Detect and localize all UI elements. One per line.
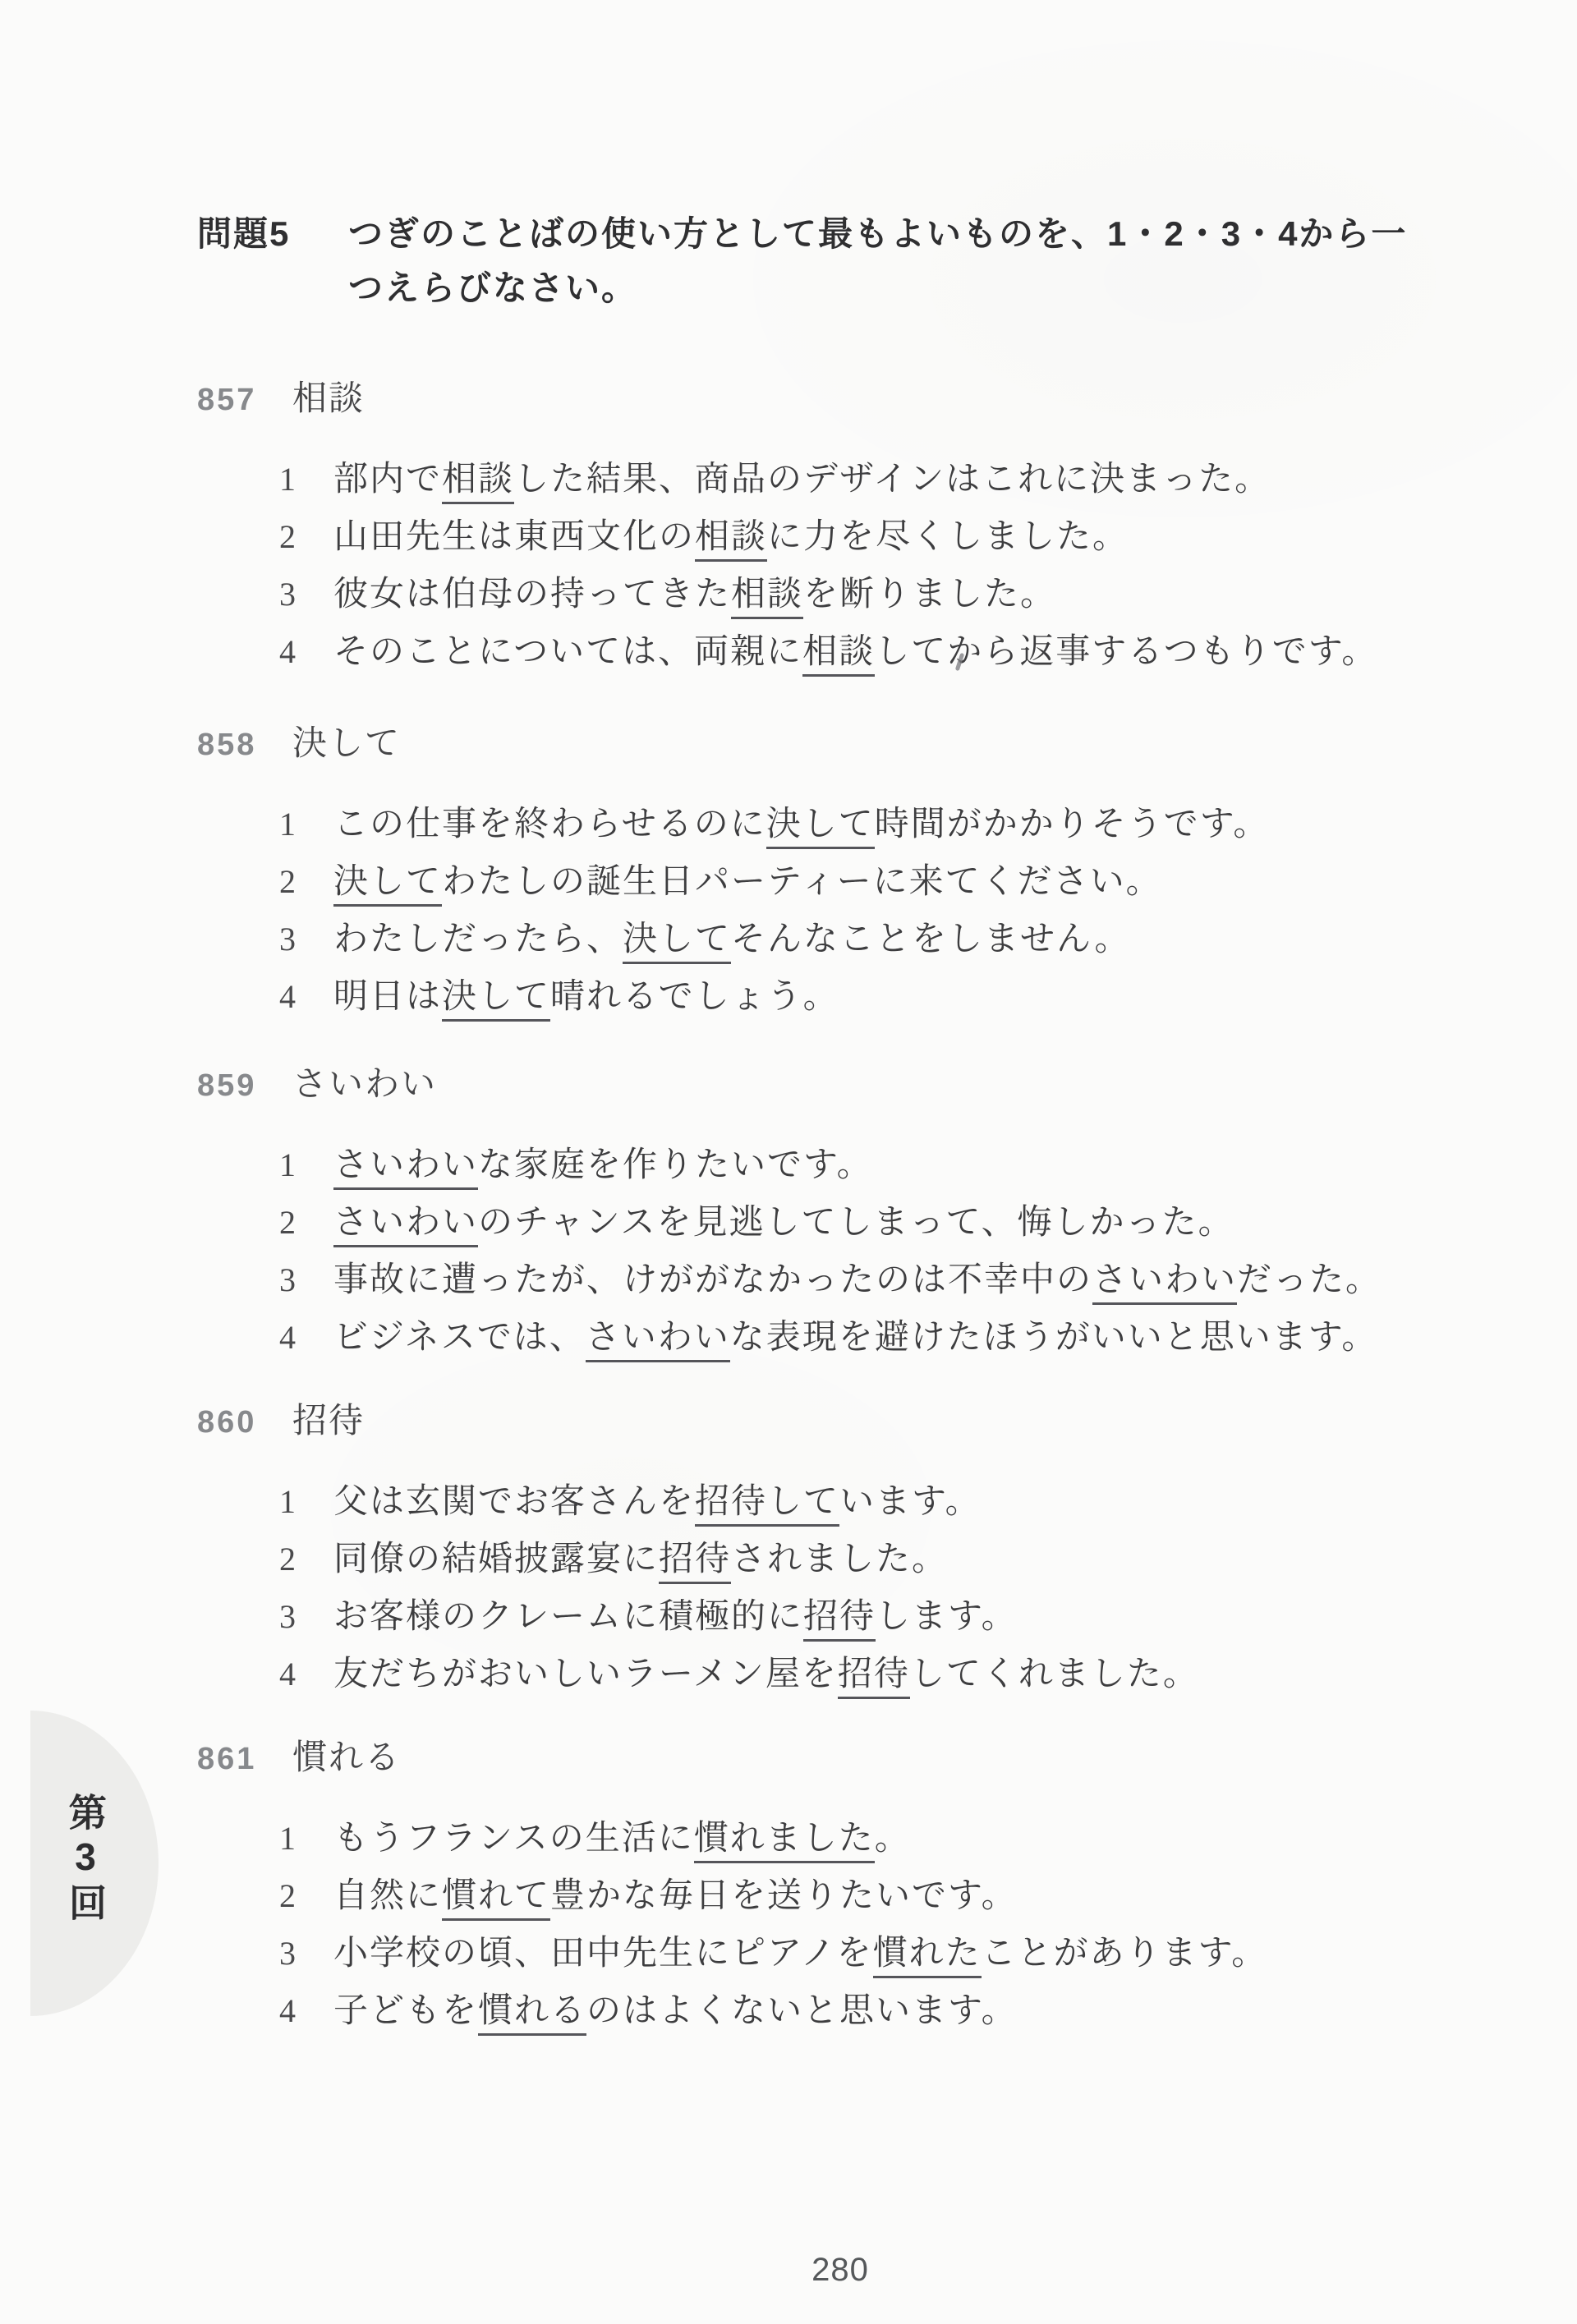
option-pre-text: ビジネスでは、	[333, 1319, 586, 1357]
options-list: 1 さいわいな家庭を作りたいです。 2 さいわいのチャンスを見逃してしまって、悔…	[279, 1137, 1528, 1366]
question-number: 860	[197, 1402, 292, 1443]
option-text: ビジネスでは、さいわいな表現を避けたほうがいいと思います。	[333, 1309, 1377, 1366]
side-tab: 第3回	[30, 1711, 159, 2016]
underlined-word: 慣れた	[873, 1935, 982, 1978]
question-block-861: 861 慣れる 1 もうフランスの生活に慣れました。 2 自然に慣れて豊かな毎日…	[197, 1738, 1528, 2040]
underlined-word: さいわい	[586, 1319, 730, 1362]
question-word: 慣れる	[292, 1738, 401, 1779]
option-text: わたしだったら、決してそんなことをしません。	[333, 911, 1131, 968]
option-text: 山田先生は東西文化の相談に力を尽くしました。	[333, 508, 1129, 566]
underlined-word: 決して	[766, 806, 875, 849]
underlined-word: 招待して	[695, 1483, 839, 1527]
option-number: 3	[279, 1588, 333, 1646]
option-text: そのことについては、両親に相談してから返事するつもりです。	[333, 623, 1377, 681]
option-pre-text: 山田先生は東西文化の	[333, 518, 695, 556]
option-post-text: した結果、商品のデザインはこれに決まった。	[514, 461, 1271, 498]
option-pre-text: 子どもを	[333, 1992, 478, 2030]
option-post-text: だった。	[1237, 1261, 1382, 1299]
option-text: お客様のクレームに積極的に招待します。	[333, 1588, 1018, 1646]
option-number: 4	[279, 1646, 333, 1703]
question-block-859: 859 さいわい 1 さいわいな家庭を作りたいです。 2 さいわいのチャンスを見…	[197, 1064, 1528, 1366]
underlined-word: 決して	[442, 978, 550, 1022]
question-header: 858 決して	[197, 723, 1528, 765]
question-block-857: 857 相談 1 部内で相談した結果、商品のデザインはこれに決まった。 2 山田…	[197, 379, 1528, 681]
instruction-line-2: つえらびなさい。	[348, 261, 1407, 315]
question-header: 857 相談	[197, 379, 1528, 420]
question-word: 決して	[292, 723, 401, 765]
option-post-text: のチャンスを見逃してしまって、悔しかった。	[478, 1204, 1234, 1242]
option-number: 3	[279, 911, 333, 968]
option-row: 2 さいわいのチャンスを見逃してしまって、悔しかった。	[279, 1194, 1528, 1252]
option-row: 1 この仕事を終わらせるのに決して時間がかかりそうです。	[279, 796, 1528, 853]
option-number: 3	[279, 1252, 333, 1309]
underlined-word: 慣れる	[478, 1992, 586, 2036]
option-row: 2 自然に慣れて豊かな毎日を送りたいです。	[279, 1867, 1528, 1925]
option-post-text: 豊かな毎日を送りたいです。	[550, 1877, 1018, 1915]
option-pre-text: もうフランスの生活に	[333, 1820, 694, 1858]
question-number: 861	[197, 1738, 292, 1780]
option-number: 1	[279, 1137, 333, 1194]
question-block-858: 858 決して 1 この仕事を終わらせるのに決して時間がかかりそうです。 2 決…	[197, 723, 1528, 1026]
question-number: 858	[197, 724, 292, 765]
option-post-text: 晴れるでしょう。	[550, 978, 839, 1016]
options-list: 1 もうフランスの生活に慣れました。 2 自然に慣れて豊かな毎日を送りたいです。…	[279, 1810, 1528, 2040]
option-pre-text: 事故に遭ったが、けががなかったのは不幸中の	[333, 1261, 1092, 1299]
option-text: 友だちがおいしいラーメン屋を招待してくれました。	[333, 1646, 1199, 1703]
option-text: 同僚の結婚披露宴に招待されました。	[333, 1531, 948, 1588]
option-number: 3	[279, 566, 333, 623]
option-number: 2	[279, 1531, 333, 1588]
option-text: 小学校の頃、田中先生にピアノを慣れたことがあります。	[333, 1925, 1267, 1982]
option-number: 4	[279, 968, 333, 1026]
question-number: 859	[197, 1065, 292, 1106]
book-page: 問題5 つぎのことばの使い方として最もよいものを、1・2・3・4から一 つえらび…	[0, 0, 1577, 2324]
option-pre-text: 小学校の頃、田中先生にピアノを	[333, 1935, 873, 1973]
option-row: 4 そのことについては、両親に相談してから返事するつもりです。	[279, 623, 1528, 681]
option-text: もうフランスの生活に慣れました。	[333, 1810, 911, 1867]
problem-label: 問題5	[197, 207, 348, 261]
option-number: 2	[279, 1867, 333, 1925]
option-number: 1	[279, 451, 333, 508]
option-post-text: な家庭を作りたいです。	[478, 1146, 873, 1184]
option-post-text: ことがあります。	[982, 1935, 1268, 1973]
option-pre-text: 彼女は伯母の持ってきた	[333, 576, 731, 613]
question-number: 857	[197, 379, 292, 420]
option-text: 事故に遭ったが、けががなかったのは不幸中のさいわいだった。	[333, 1252, 1382, 1309]
option-post-text: のはよくないと思います。	[586, 1992, 1018, 2030]
page-number: 280	[791, 2252, 890, 2289]
option-number: 2	[279, 1194, 333, 1252]
option-post-text: してくれました。	[910, 1656, 1199, 1693]
option-pre-text: 同僚の結婚披露宴に	[333, 1541, 659, 1578]
option-post-text: わたしの誕生日パーティーに来てください。	[442, 863, 1162, 901]
option-row: 3 お客様のクレームに積極的に招待します。	[279, 1588, 1528, 1646]
option-row: 1 父は玄関でお客さんを招待しています。	[279, 1473, 1528, 1531]
option-post-text: してから返事するつもりです。	[875, 633, 1377, 671]
option-text: さいわいのチャンスを見逃してしまって、悔しかった。	[333, 1194, 1234, 1252]
options-list: 1 部内で相談した結果、商品のデザインはこれに決まった。 2 山田先生は東西文化…	[279, 451, 1528, 681]
underlined-word: 相談	[695, 518, 767, 562]
option-pre-text: この仕事を終わらせるのに	[333, 806, 766, 843]
option-text: この仕事を終わらせるのに決して時間がかかりそうです。	[333, 796, 1269, 853]
option-post-text: されました。	[731, 1541, 948, 1578]
option-pre-text: わたしだったら、	[333, 921, 623, 958]
option-number: 1	[279, 1810, 333, 1867]
underlined-word: 決して	[333, 863, 442, 907]
option-text: 自然に慣れて豊かな毎日を送りたいです。	[333, 1867, 1018, 1925]
underlined-word: 慣れて	[442, 1877, 550, 1921]
option-row: 3 彼女は伯母の持ってきた相談を断りました。	[279, 566, 1528, 623]
underlined-word: さいわい	[333, 1146, 478, 1190]
option-pre-text: お客様のクレームに積極的に	[333, 1598, 803, 1636]
problem-header: 問題5 つぎのことばの使い方として最もよいものを、1・2・3・4から一 つえらび…	[197, 207, 1511, 315]
underlined-word: 招待	[838, 1656, 910, 1699]
underlined-word: 慣れました	[694, 1820, 875, 1863]
question-word: 招待	[292, 1401, 365, 1442]
option-text: 部内で相談した結果、商品のデザインはこれに決まった。	[333, 451, 1271, 508]
option-post-text: な表現を避けたほうがいいと思います。	[730, 1319, 1378, 1357]
underlined-word: 相談	[442, 461, 514, 504]
question-word: 相談	[292, 379, 365, 420]
option-row: 3 事故に遭ったが、けががなかったのは不幸中のさいわいだった。	[279, 1252, 1528, 1309]
option-number: 2	[279, 853, 333, 911]
option-pre-text: 父は玄関でお客さんを	[333, 1483, 695, 1521]
underlined-word: 招待	[659, 1541, 731, 1584]
question-block-860: 860 招待 1 父は玄関でお客さんを招待しています。 2 同僚の結婚披露宴に招…	[197, 1401, 1528, 1703]
option-row: 4 友だちがおいしいラーメン屋を招待してくれました。	[279, 1646, 1528, 1703]
option-text: 決してわたしの誕生日パーティーに来てください。	[333, 853, 1162, 911]
option-row: 2 決してわたしの誕生日パーティーに来てください。	[279, 853, 1528, 911]
option-row: 1 もうフランスの生活に慣れました。	[279, 1810, 1528, 1867]
option-post-text: します。	[876, 1598, 1018, 1636]
underlined-word: 招待	[803, 1598, 876, 1642]
options-list: 1 父は玄関でお客さんを招待しています。 2 同僚の結婚披露宴に招待されました。…	[279, 1473, 1528, 1703]
option-number: 4	[279, 1982, 333, 2040]
underlined-word: 決して	[623, 921, 731, 964]
question-header: 859 さいわい	[197, 1064, 1528, 1105]
underlined-word: 相談	[802, 633, 875, 677]
option-row: 2 同僚の結婚披露宴に招待されました。	[279, 1531, 1528, 1588]
option-row: 2 山田先生は東西文化の相談に力を尽くしました。	[279, 508, 1528, 566]
option-post-text: 時間がかかりそうです。	[875, 806, 1270, 843]
option-number: 4	[279, 1309, 333, 1366]
option-text: 明日は決して晴れるでしょう。	[333, 968, 839, 1026]
option-pre-text: 明日は	[333, 978, 442, 1016]
options-list: 1 この仕事を終わらせるのに決して時間がかかりそうです。 2 決してわたしの誕生…	[279, 796, 1528, 1026]
underlined-word: さいわい	[1092, 1261, 1237, 1305]
option-row: 4 ビジネスでは、さいわいな表現を避けたほうがいいと思います。	[279, 1309, 1528, 1366]
side-tab-label: 第3回	[58, 1793, 113, 1926]
option-row: 1 さいわいな家庭を作りたいです。	[279, 1137, 1528, 1194]
option-number: 1	[279, 1473, 333, 1531]
option-row: 3 わたしだったら、決してそんなことをしません。	[279, 911, 1528, 968]
option-number: 4	[279, 623, 333, 681]
underlined-word: 相談	[731, 576, 803, 619]
option-post-text: 。	[875, 1820, 911, 1858]
option-post-text: そんなことをしません。	[731, 921, 1131, 958]
option-text: さいわいな家庭を作りたいです。	[333, 1137, 873, 1194]
option-pre-text: 自然に	[333, 1877, 442, 1915]
option-number: 2	[279, 508, 333, 566]
option-post-text: を断りました。	[803, 576, 1056, 613]
option-text: 彼女は伯母の持ってきた相談を断りました。	[333, 566, 1056, 623]
option-post-text: います。	[839, 1483, 982, 1521]
option-number: 1	[279, 796, 333, 853]
option-number: 3	[279, 1925, 333, 1982]
option-text: 父は玄関でお客さんを招待しています。	[333, 1473, 982, 1531]
question-header: 860 招待	[197, 1401, 1528, 1442]
option-row: 1 部内で相談した結果、商品のデザインはこれに決まった。	[279, 451, 1528, 508]
option-text: 子どもを慣れるのはよくないと思います。	[333, 1982, 1018, 2040]
option-row: 4 明日は決して晴れるでしょう。	[279, 968, 1528, 1026]
option-row: 3 小学校の頃、田中先生にピアノを慣れたことがあります。	[279, 1925, 1528, 1982]
option-pre-text: 友だちがおいしいラーメン屋を	[333, 1656, 838, 1693]
option-pre-text: そのことについては、両親に	[333, 633, 802, 671]
question-word: さいわい	[292, 1064, 437, 1105]
option-post-text: に力を尽くしました。	[767, 518, 1129, 556]
instruction-line-1: つぎのことばの使い方として最もよいものを、1・2・3・4から一	[348, 207, 1407, 261]
underlined-word: さいわい	[333, 1204, 478, 1247]
option-pre-text: 部内で	[333, 461, 442, 498]
question-header: 861 慣れる	[197, 1738, 1528, 1779]
problem-instruction: つぎのことばの使い方として最もよいものを、1・2・3・4から一 つえらびなさい。	[348, 207, 1407, 315]
option-row: 4 子どもを慣れるのはよくないと思います。	[279, 1982, 1528, 2040]
